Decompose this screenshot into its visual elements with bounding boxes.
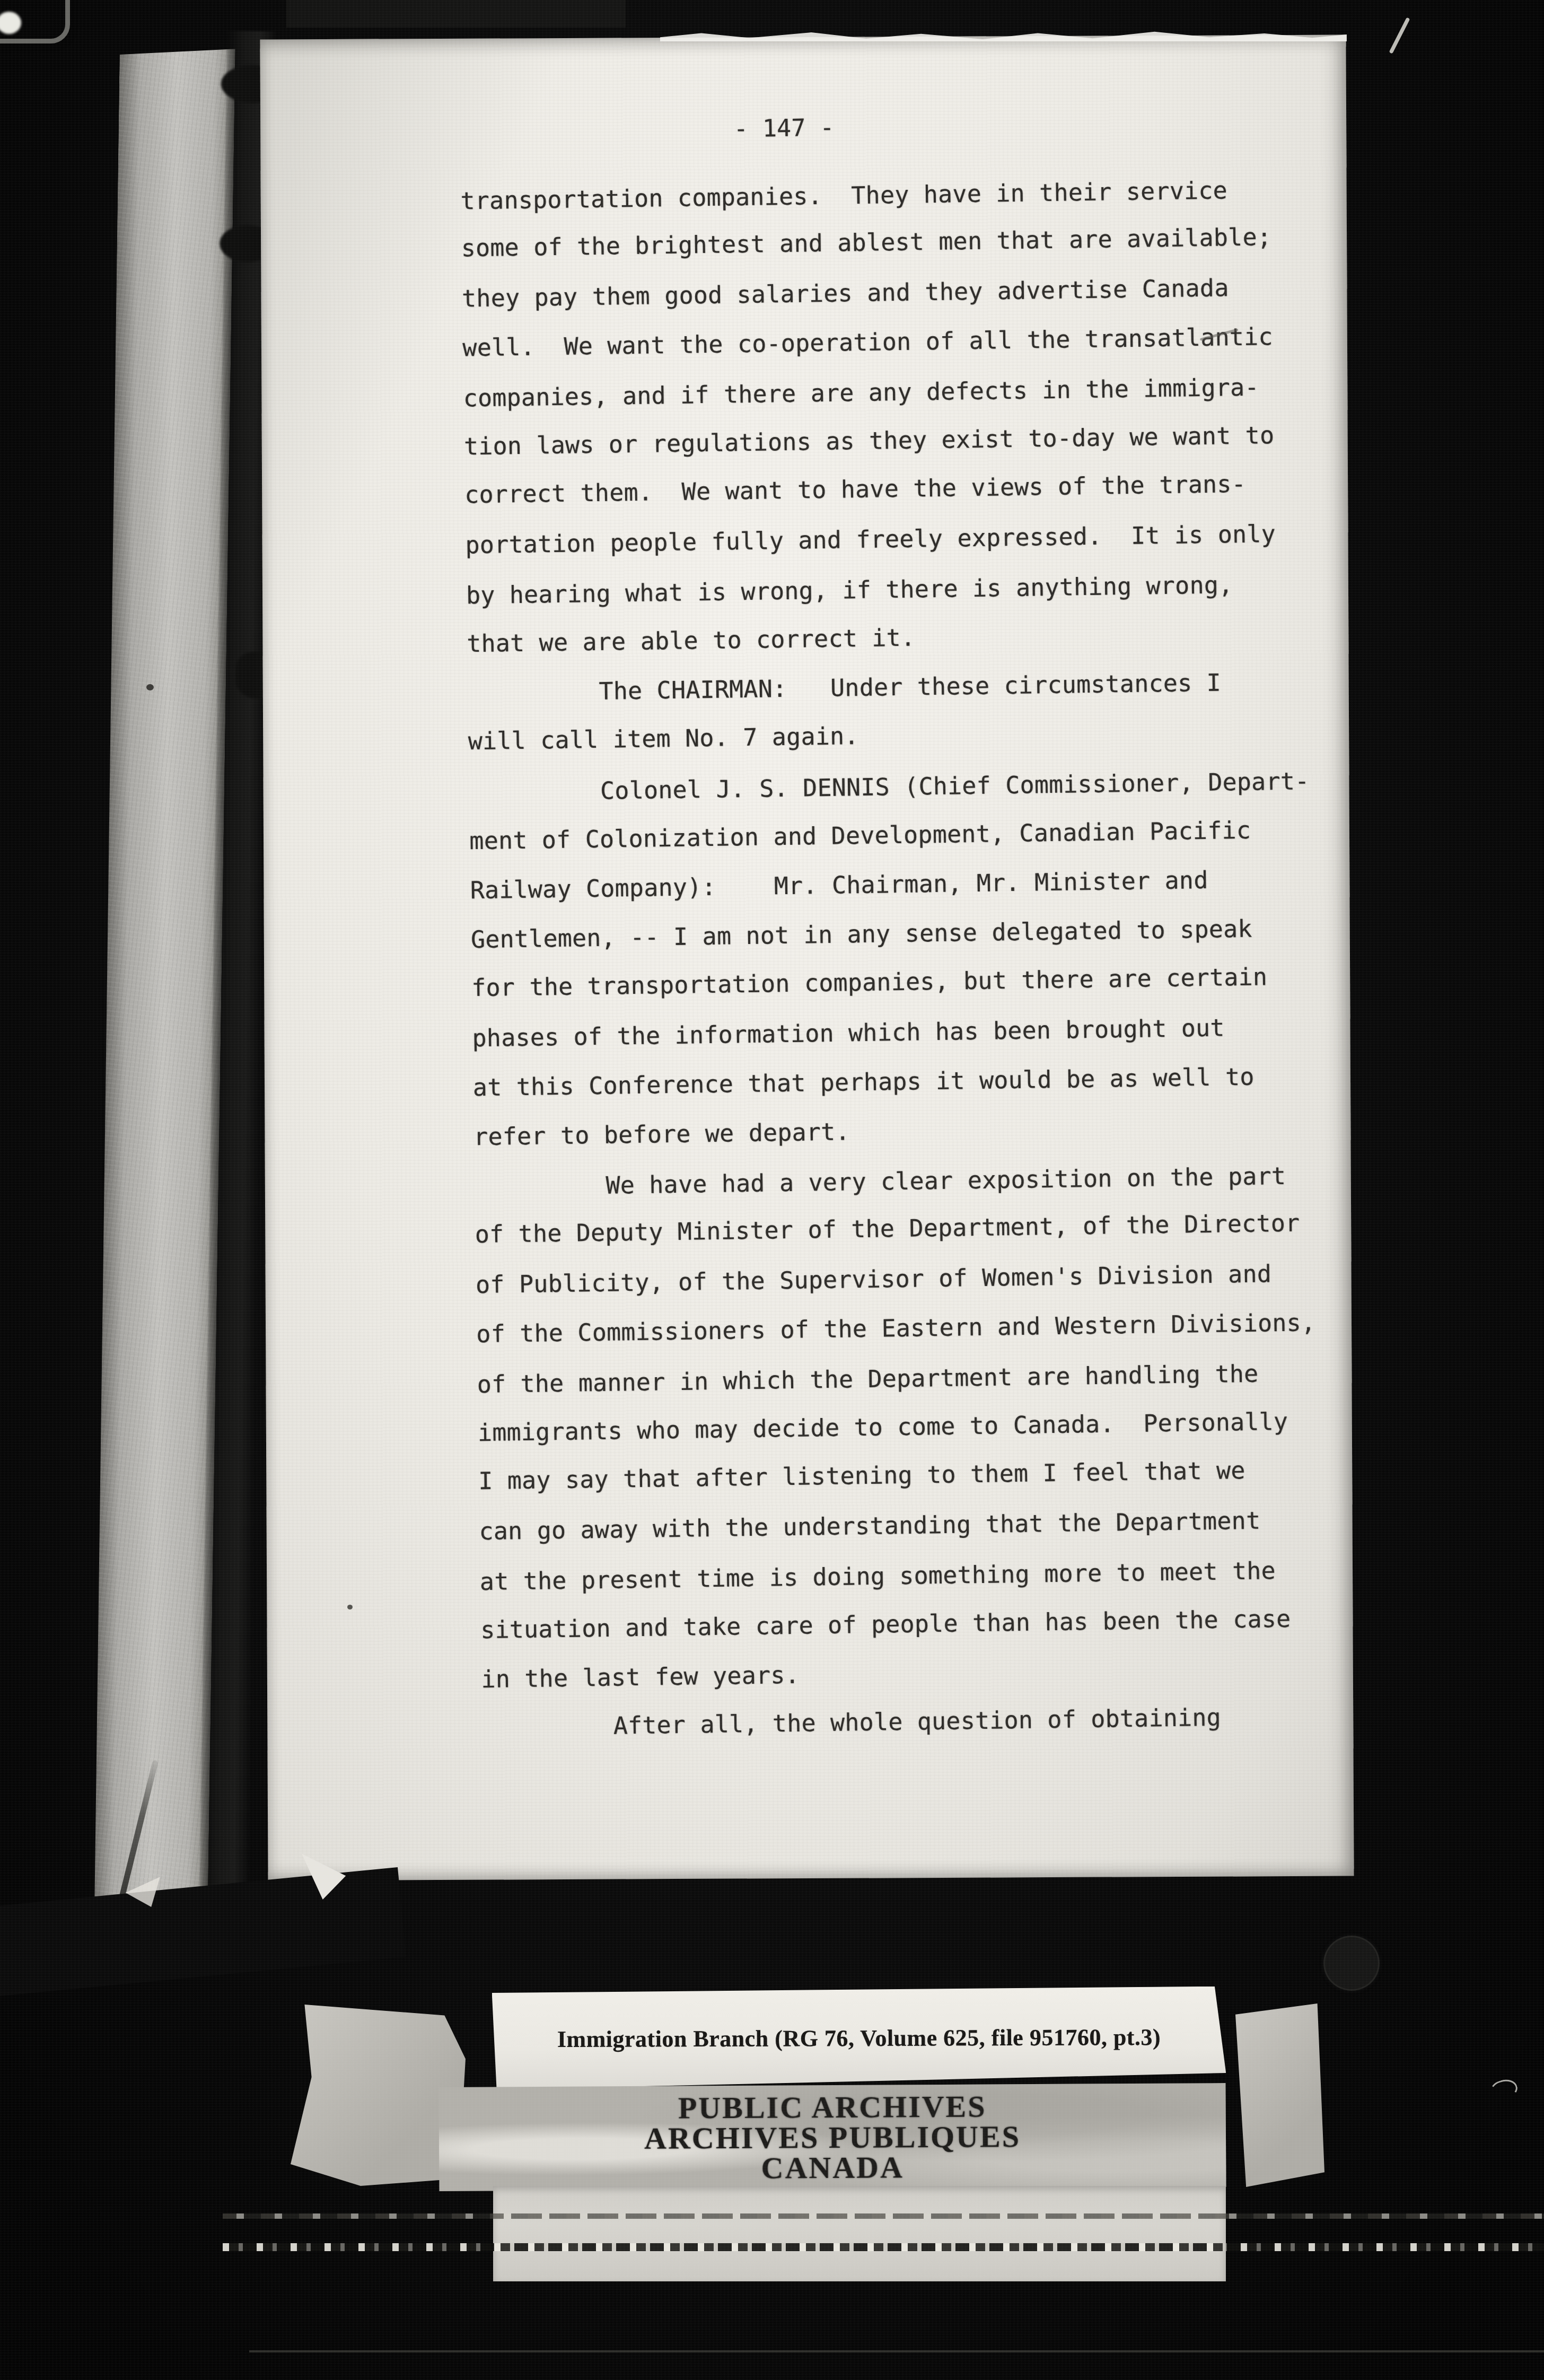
- lower-paper-strip: [493, 2186, 1226, 2281]
- page-torn-top-edge: [660, 28, 1347, 41]
- crumpled-paper-right: [1235, 2003, 1324, 2187]
- film-baseline-scratch: [249, 2350, 1544, 2352]
- archives-stamp-line: CANADA: [761, 2152, 904, 2183]
- film-scratch-band: [223, 2213, 1544, 2219]
- dust-speck: [347, 1605, 353, 1609]
- dust-speck: [146, 684, 154, 690]
- reference-label-text: Immigration Branch (RG 76, Volume 625, f…: [492, 2023, 1226, 2053]
- backing-board-haze: [286, 0, 626, 28]
- archives-stamp-strip: PUBLIC ARCHIVES ARCHIVES PUBLIQUES CANAD…: [438, 2083, 1226, 2191]
- film-scratch-slash: [1389, 17, 1410, 54]
- archives-stamp-line: ARCHIVES PUBLIQUES: [644, 2121, 1021, 2154]
- white-squiggle-mark: [1489, 2076, 1520, 2103]
- film-frame: - 147 - transportation companies. They h…: [0, 0, 1544, 2380]
- page-number: - 147 -: [683, 101, 885, 155]
- archives-stamp-line: PUBLIC ARCHIVES: [678, 2091, 987, 2123]
- punch-hole-mark: [1323, 1936, 1380, 1991]
- typed-text: transportation companies. They have in t…: [460, 163, 1341, 1753]
- reference-label-strip: Immigration Branch (RG 76, Volume 625, f…: [492, 1987, 1226, 2090]
- page-corner-shadow: [0, 1867, 406, 1999]
- film-scratch-band: [223, 2243, 1544, 2251]
